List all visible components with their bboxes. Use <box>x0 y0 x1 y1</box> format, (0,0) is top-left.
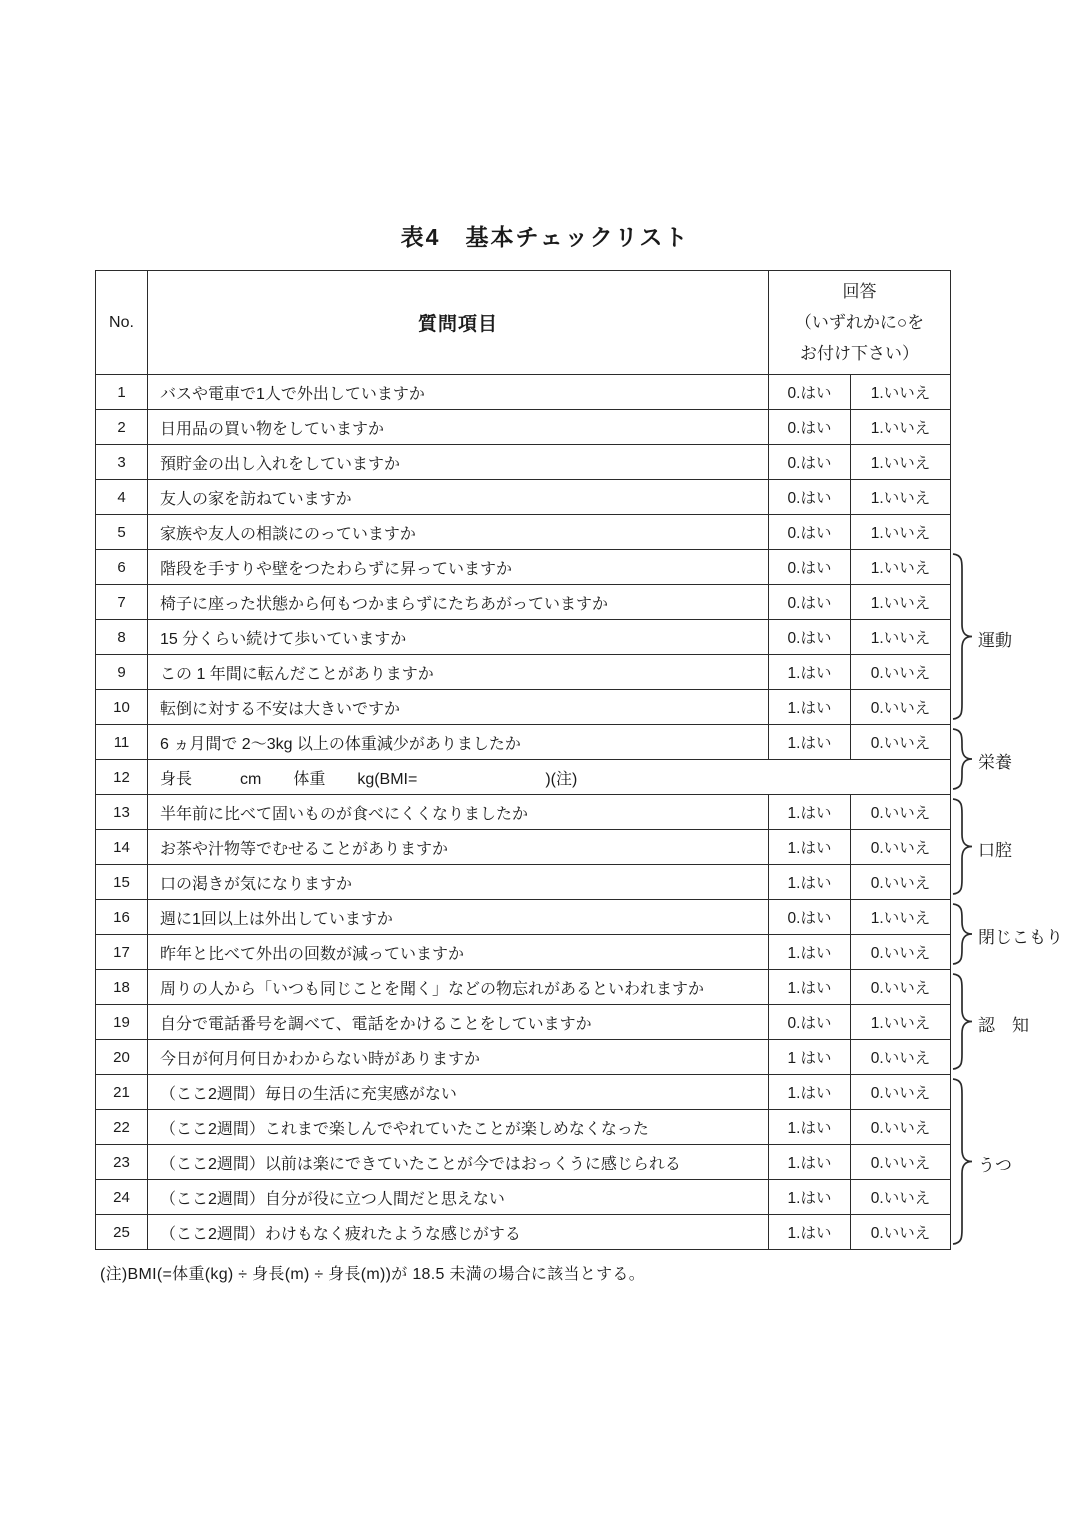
answer-yes-cell: 1.はい <box>769 1145 851 1180</box>
question-cell: 友人の家を訪ねていますか <box>148 480 769 515</box>
answer-yes-cell: 1.はい <box>769 935 851 970</box>
question-cell: 家族や友人の相談にのっていますか <box>148 515 769 550</box>
category-brace <box>951 902 975 966</box>
row-number-cell: 23 <box>96 1145 148 1180</box>
question-cell: 自分で電話番号を調べて、電話をかけることをしていますか <box>148 1005 769 1040</box>
row-number-cell: 2 <box>96 410 148 445</box>
answer-no-cell: 1.いいえ <box>851 1005 951 1040</box>
category-label: うつ <box>978 1151 1012 1176</box>
question-cell: 15 分くらい続けて歩いていますか <box>148 620 769 655</box>
question-cell: 昨年と比べて外出の回数が減っていますか <box>148 935 769 970</box>
category-brace <box>951 972 975 1071</box>
answer-no-cell: 0.いいえ <box>851 795 951 830</box>
checklist-table: No. 質問項目 回答 （いずれかに○を お付け下さい） 1バスや電車で1人で外… <box>95 270 951 1250</box>
table-row: 20今日が何月何日かわからない時がありますか1 はい0.いいえ <box>96 1040 951 1075</box>
header-answer-line2: （いずれかに○を <box>769 307 950 338</box>
answer-yes-cell: 0.はい <box>769 1005 851 1040</box>
answer-yes-cell: 1 はい <box>769 1040 851 1075</box>
row-number-cell: 8 <box>96 620 148 655</box>
header-row: No. 質問項目 回答 （いずれかに○を お付け下さい） <box>96 271 951 375</box>
table-row: 2日用品の買い物をしていますか0.はい1.いいえ <box>96 410 951 445</box>
table-row: 22（ここ2週間）これまで楽しんでやれていたことが楽しめなくなった1.はい0.い… <box>96 1110 951 1145</box>
category-brace <box>951 552 975 721</box>
row-number-cell: 19 <box>96 1005 148 1040</box>
table-row: 4友人の家を訪ねていますか0.はい1.いいえ <box>96 480 951 515</box>
row-number-cell: 17 <box>96 935 148 970</box>
table-row: 24（ここ2週間）自分が役に立つ人間だと思えない1.はい0.いいえ <box>96 1180 951 1215</box>
question-cell: （ここ2週間）わけもなく疲れたような感じがする <box>148 1215 769 1250</box>
question-cell: （ここ2週間）以前は楽にできていたことが今ではおっくうに感じられる <box>148 1145 769 1180</box>
header-question: 質問項目 <box>148 271 769 375</box>
answer-no-cell: 0.いいえ <box>851 1040 951 1075</box>
answer-yes-cell: 0.はい <box>769 375 851 410</box>
question-cell: バスや電車で1人で外出していますか <box>148 375 769 410</box>
category-label: 栄養 <box>978 748 1012 773</box>
header-answer: 回答 （いずれかに○を お付け下さい） <box>769 271 951 375</box>
answer-no-cell: 0.いいえ <box>851 970 951 1005</box>
row-number-cell: 1 <box>96 375 148 410</box>
row-number-cell: 12 <box>96 760 148 795</box>
question-cell: 半年前に比べて固いものが食べにくくなりましたか <box>148 795 769 830</box>
answer-no-cell: 0.いいえ <box>851 935 951 970</box>
answer-no-cell: 0.いいえ <box>851 1145 951 1180</box>
table-row: 25（ここ2週間）わけもなく疲れたような感じがする1.はい0.いいえ <box>96 1215 951 1250</box>
table-row: 15口の渇きが気になりますか1.はい0.いいえ <box>96 865 951 900</box>
table-row: 19自分で電話番号を調べて、電話をかけることをしていますか0.はい1.いいえ <box>96 1005 951 1040</box>
row-number-cell: 9 <box>96 655 148 690</box>
table-row: 6階段を手すりや壁をつたわらずに昇っていますか0.はい1.いいえ <box>96 550 951 585</box>
table-row: 5家族や友人の相談にのっていますか0.はい1.いいえ <box>96 515 951 550</box>
question-cell: 周りの人から「いつも同じことを聞く」などの物忘れがあるといわれますか <box>148 970 769 1005</box>
answer-yes-cell: 0.はい <box>769 480 851 515</box>
question-cell: 週に1回以上は外出していますか <box>148 900 769 935</box>
question-cell: （ここ2週間）自分が役に立つ人間だと思えない <box>148 1180 769 1215</box>
answer-no-cell: 1.いいえ <box>851 375 951 410</box>
header-answer-line3: お付け下さい） <box>769 338 950 369</box>
question-cell: 預貯金の出し入れをしていますか <box>148 445 769 480</box>
answer-yes-cell: 0.はい <box>769 410 851 445</box>
answer-yes-cell: 0.はい <box>769 550 851 585</box>
table-row: 1バスや電車で1人で外出していますか0.はい1.いいえ <box>96 375 951 410</box>
category-brace <box>951 727 975 791</box>
answer-no-cell: 1.いいえ <box>851 550 951 585</box>
question-cell: （ここ2週間）毎日の生活に充実感がない <box>148 1075 769 1110</box>
answer-yes-cell: 1.はい <box>769 865 851 900</box>
table-row: 10転倒に対する不安は大きいですか1.はい0.いいえ <box>96 690 951 725</box>
answer-yes-cell: 1.はい <box>769 655 851 690</box>
row-number-cell: 21 <box>96 1075 148 1110</box>
question-cell: 椅子に座った状態から何もつかまらずにたちあがっていますか <box>148 585 769 620</box>
question-cell: お茶や汁物等でむせることがありますか <box>148 830 769 865</box>
row-number-cell: 4 <box>96 480 148 515</box>
answer-no-cell: 0.いいえ <box>851 830 951 865</box>
answer-yes-cell: 1.はい <box>769 725 851 760</box>
answer-no-cell: 0.いいえ <box>851 690 951 725</box>
answer-no-cell: 1.いいえ <box>851 900 951 935</box>
row-number-cell: 24 <box>96 1180 148 1215</box>
table-row: 13半年前に比べて固いものが食べにくくなりましたか1.はい0.いいえ <box>96 795 951 830</box>
answer-yes-cell: 1.はい <box>769 1215 851 1250</box>
page-title: 表4 基本チェックリスト <box>0 219 1070 252</box>
table-row: 23（ここ2週間）以前は楽にできていたことが今ではおっくうに感じられる1.はい0… <box>96 1145 951 1180</box>
answer-yes-cell: 0.はい <box>769 515 851 550</box>
row-number-cell: 6 <box>96 550 148 585</box>
row-number-cell: 5 <box>96 515 148 550</box>
answer-no-cell: 0.いいえ <box>851 1215 951 1250</box>
question-cell: 身長 cm 体重 kg(BMI= )(注) <box>148 760 951 795</box>
table-row: 17昨年と比べて外出の回数が減っていますか1.はい0.いいえ <box>96 935 951 970</box>
answer-no-cell: 0.いいえ <box>851 1075 951 1110</box>
question-cell: 今日が何月何日かわからない時がありますか <box>148 1040 769 1075</box>
answer-yes-cell: 1.はい <box>769 795 851 830</box>
table-row: 16週に1回以上は外出していますか0.はい1.いいえ <box>96 900 951 935</box>
answer-no-cell: 1.いいえ <box>851 480 951 515</box>
answer-yes-cell: 1.はい <box>769 970 851 1005</box>
answer-no-cell: 0.いいえ <box>851 655 951 690</box>
row-number-cell: 25 <box>96 1215 148 1250</box>
category-label: 認 知 <box>978 1011 1029 1036</box>
footnote: (注)BMI(=体重(kg) ÷ 身長(m) ÷ 身長(m))が 18.5 未満… <box>100 1261 645 1284</box>
row-number-cell: 3 <box>96 445 148 480</box>
table-row: 14お茶や汁物等でむせることがありますか1.はい0.いいえ <box>96 830 951 865</box>
question-cell: 転倒に対する不安は大きいですか <box>148 690 769 725</box>
category-label: 運動 <box>978 626 1012 651</box>
answer-no-cell: 1.いいえ <box>851 515 951 550</box>
table-body: 1バスや電車で1人で外出していますか0.はい1.いいえ2日用品の買い物をしていま… <box>96 375 951 1250</box>
table-row: 12身長 cm 体重 kg(BMI= )(注) <box>96 760 951 795</box>
row-number-cell: 13 <box>96 795 148 830</box>
answer-no-cell: 0.いいえ <box>851 1180 951 1215</box>
table-row: 9この 1 年間に転んだことがありますか1.はい0.いいえ <box>96 655 951 690</box>
question-cell: （ここ2週間）これまで楽しんでやれていたことが楽しめなくなった <box>148 1110 769 1145</box>
question-cell: この 1 年間に転んだことがありますか <box>148 655 769 690</box>
table-row: 7椅子に座った状態から何もつかまらずにたちあがっていますか0.はい1.いいえ <box>96 585 951 620</box>
answer-yes-cell: 1.はい <box>769 830 851 865</box>
row-number-cell: 7 <box>96 585 148 620</box>
row-number-cell: 18 <box>96 970 148 1005</box>
row-number-cell: 16 <box>96 900 148 935</box>
answer-yes-cell: 0.はい <box>769 585 851 620</box>
row-number-cell: 20 <box>96 1040 148 1075</box>
header-answer-line1: 回答 <box>769 276 950 307</box>
table-row: 815 分くらい続けて歩いていますか0.はい1.いいえ <box>96 620 951 655</box>
answer-yes-cell: 0.はい <box>769 900 851 935</box>
answer-no-cell: 1.いいえ <box>851 585 951 620</box>
answer-no-cell: 0.いいえ <box>851 1110 951 1145</box>
table-row: 3預貯金の出し入れをしていますか0.はい1.いいえ <box>96 445 951 480</box>
row-number-cell: 15 <box>96 865 148 900</box>
question-cell: 口の渇きが気になりますか <box>148 865 769 900</box>
answer-no-cell: 0.いいえ <box>851 865 951 900</box>
category-label: 口腔 <box>978 836 1012 861</box>
row-number-cell: 14 <box>96 830 148 865</box>
answer-no-cell: 1.いいえ <box>851 410 951 445</box>
question-cell: 階段を手すりや壁をつたわらずに昇っていますか <box>148 550 769 585</box>
answer-yes-cell: 0.はい <box>769 445 851 480</box>
category-brace <box>951 1077 975 1246</box>
answer-yes-cell: 1.はい <box>769 1180 851 1215</box>
table-row: 21（ここ2週間）毎日の生活に充実感がない1.はい0.いいえ <box>96 1075 951 1110</box>
question-cell: 6 ヵ月間で 2～3kg 以上の体重減少がありましたか <box>148 725 769 760</box>
row-number-cell: 22 <box>96 1110 148 1145</box>
row-number-cell: 10 <box>96 690 148 725</box>
question-cell: 日用品の買い物をしていますか <box>148 410 769 445</box>
answer-no-cell: 0.いいえ <box>851 725 951 760</box>
answer-yes-cell: 1.はい <box>769 1075 851 1110</box>
answer-no-cell: 1.いいえ <box>851 445 951 480</box>
document-page: 表4 基本チェックリスト No. 質問項目 回答 （いずれかに○を お付け下さい… <box>0 0 1070 1529</box>
category-label: 閉じこもり <box>978 923 1063 948</box>
row-number-cell: 11 <box>96 725 148 760</box>
table-row: 116 ヵ月間で 2～3kg 以上の体重減少がありましたか1.はい0.いいえ <box>96 725 951 760</box>
category-brace <box>951 797 975 896</box>
header-no: No. <box>96 271 148 375</box>
answer-no-cell: 1.いいえ <box>851 620 951 655</box>
answer-yes-cell: 1.はい <box>769 1110 851 1145</box>
answer-yes-cell: 1.はい <box>769 690 851 725</box>
answer-yes-cell: 0.はい <box>769 620 851 655</box>
table-row: 18周りの人から「いつも同じことを聞く」などの物忘れがあるといわれますか1.はい… <box>96 970 951 1005</box>
